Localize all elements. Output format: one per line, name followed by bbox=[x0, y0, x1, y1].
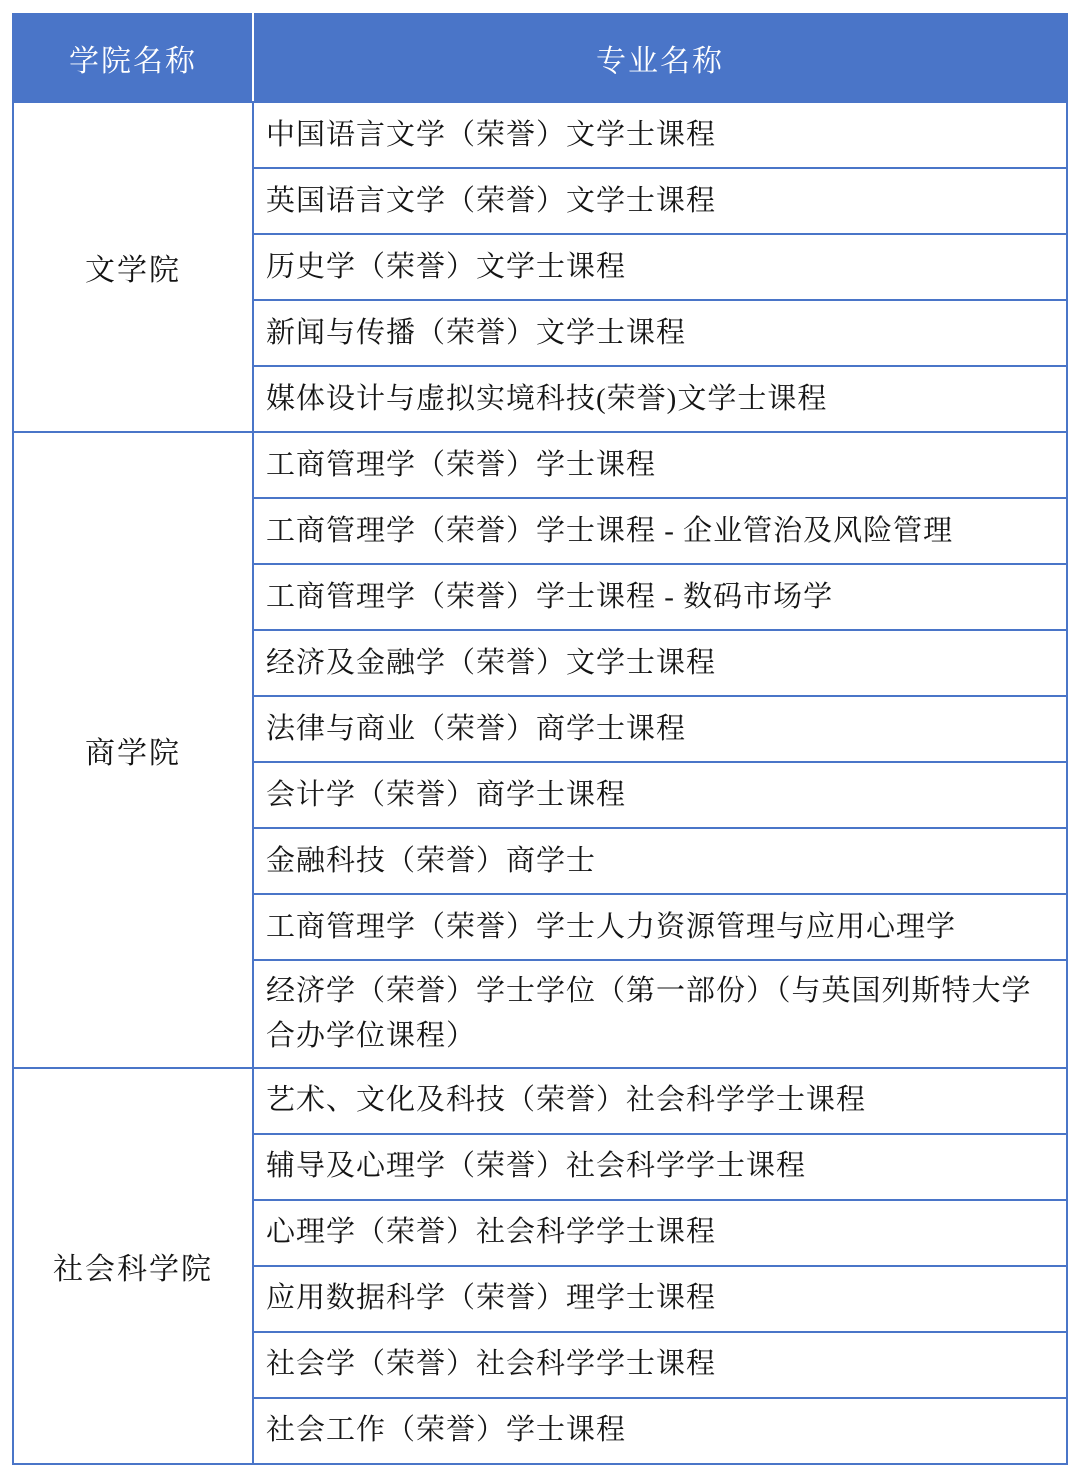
program-cell: 工商管理学（荣誉）学士人力资源管理与应用心理学 bbox=[253, 894, 1067, 960]
program-cell: 辅导及心理学（荣誉）社会科学学士课程 bbox=[253, 1134, 1067, 1200]
program-cell: 历史学（荣誉）文学士课程 bbox=[253, 234, 1067, 300]
college-cell: 文学院 bbox=[13, 102, 253, 432]
program-cell: 艺术、文化及科技（荣誉）社会科学学士课程 bbox=[253, 1068, 1067, 1134]
college-programs-table-wrap: 学院名称 专业名称 文学院中国语言文学（荣誉）文学士课程英国语言文学（荣誉）文学… bbox=[12, 13, 1068, 1465]
college-cell: 商学院 bbox=[13, 432, 253, 1068]
header-college-name: 学院名称 bbox=[13, 14, 253, 102]
college-cell: 社会科学院 bbox=[13, 1068, 253, 1464]
program-cell: 经济学（荣誉）学士学位（第一部份）（与英国列斯特大学合办学位课程） bbox=[253, 960, 1067, 1068]
program-cell: 经济及金融学（荣誉）文学士课程 bbox=[253, 630, 1067, 696]
program-cell: 金融科技（荣誉）商学士 bbox=[253, 828, 1067, 894]
program-cell: 会计学（荣誉）商学士课程 bbox=[253, 762, 1067, 828]
table-row: 文学院中国语言文学（荣誉）文学士课程 bbox=[13, 102, 1067, 168]
program-cell: 法律与商业（荣誉）商学士课程 bbox=[253, 696, 1067, 762]
program-cell: 英国语言文学（荣誉）文学士课程 bbox=[253, 168, 1067, 234]
program-cell: 新闻与传播（荣誉）文学士课程 bbox=[253, 300, 1067, 366]
header-program-name: 专业名称 bbox=[253, 14, 1067, 102]
program-cell: 应用数据科学（荣誉）理学士课程 bbox=[253, 1266, 1067, 1332]
table-body: 文学院中国语言文学（荣誉）文学士课程英国语言文学（荣誉）文学士课程历史学（荣誉）… bbox=[13, 102, 1067, 1464]
program-cell: 社会学（荣誉）社会科学学士课程 bbox=[253, 1332, 1067, 1398]
table-row: 社会科学院艺术、文化及科技（荣誉）社会科学学士课程 bbox=[13, 1068, 1067, 1134]
program-cell: 中国语言文学（荣誉）文学士课程 bbox=[253, 102, 1067, 168]
table-row: 商学院工商管理学（荣誉）学士课程 bbox=[13, 432, 1067, 498]
program-cell: 工商管理学（荣誉）学士课程 - 企业管治及风险管理 bbox=[253, 498, 1067, 564]
program-cell: 媒体设计与虚拟实境科技(荣誉)文学士课程 bbox=[253, 366, 1067, 432]
header-row: 学院名称 专业名称 bbox=[13, 14, 1067, 102]
program-cell: 心理学（荣誉）社会科学学士课程 bbox=[253, 1200, 1067, 1266]
college-programs-table: 学院名称 专业名称 文学院中国语言文学（荣誉）文学士课程英国语言文学（荣誉）文学… bbox=[12, 13, 1068, 1465]
program-cell: 工商管理学（荣誉）学士课程 bbox=[253, 432, 1067, 498]
table-header: 学院名称 专业名称 bbox=[13, 14, 1067, 102]
program-cell: 社会工作（荣誉）学士课程 bbox=[253, 1398, 1067, 1464]
program-cell: 工商管理学（荣誉）学士课程 - 数码市场学 bbox=[253, 564, 1067, 630]
